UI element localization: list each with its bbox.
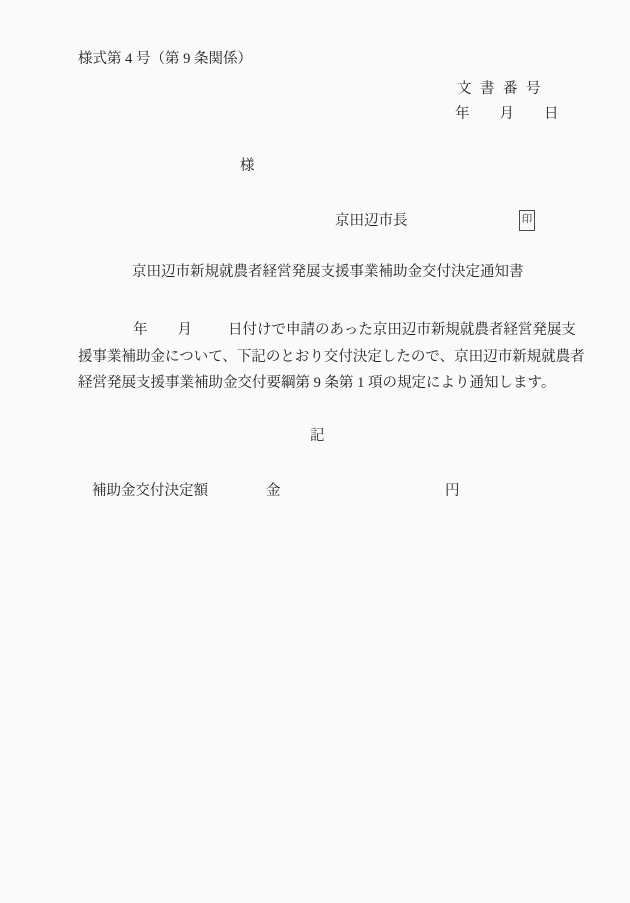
sender-title: 京田辺市長 [335, 214, 408, 229]
body-line-2: 援事業補助金について、下記のとおり交付決定したので、京田辺市新規就農者 [78, 344, 585, 371]
amount-currency-suffix: 円 [445, 484, 460, 499]
date-day-label: 日 [544, 107, 559, 122]
record-marker: 記 [310, 429, 325, 444]
body-line-1: 年月日付けで申請のあった京田辺市新規就農者経営発展支 [78, 317, 585, 344]
date-year-label: 年 [455, 107, 470, 122]
seal-box: 印 [519, 210, 535, 231]
document-page: 様式第 4 号（第 9 条関係） 文書番号 年 月 日 様 京田辺市長 印 京田… [0, 0, 630, 903]
form-number: 様式第 4 号（第 9 条関係） [78, 52, 252, 67]
seal-label: 印 [522, 215, 533, 226]
body-paragraph: 年月日付けで申請のあった京田辺市新規就農者経営発展支 援事業補助金について、下記… [78, 317, 585, 397]
body-line-3: 経営発展支援事業補助金交付要綱第 9 条第 1 項の規定により通知します。 [78, 370, 585, 397]
body-line1-text: 日付けで申請のあった京田辺市新規就農者経営発展支 [228, 322, 576, 338]
addressee-honorific: 様 [240, 159, 255, 174]
date-month-label: 月 [500, 107, 515, 122]
document-title: 京田辺市新規就農者経営発展支援事業補助金交付決定通知書 [132, 265, 524, 280]
amount-label: 補助金交付決定額 [92, 484, 208, 499]
date-blank-line: 年 月 日 [455, 107, 559, 122]
amount-currency-prefix: 金 [266, 484, 281, 499]
body-year-label: 年 [133, 322, 148, 338]
document-number-label: 文書番号 [457, 82, 549, 97]
body-month-label: 月 [178, 322, 193, 338]
